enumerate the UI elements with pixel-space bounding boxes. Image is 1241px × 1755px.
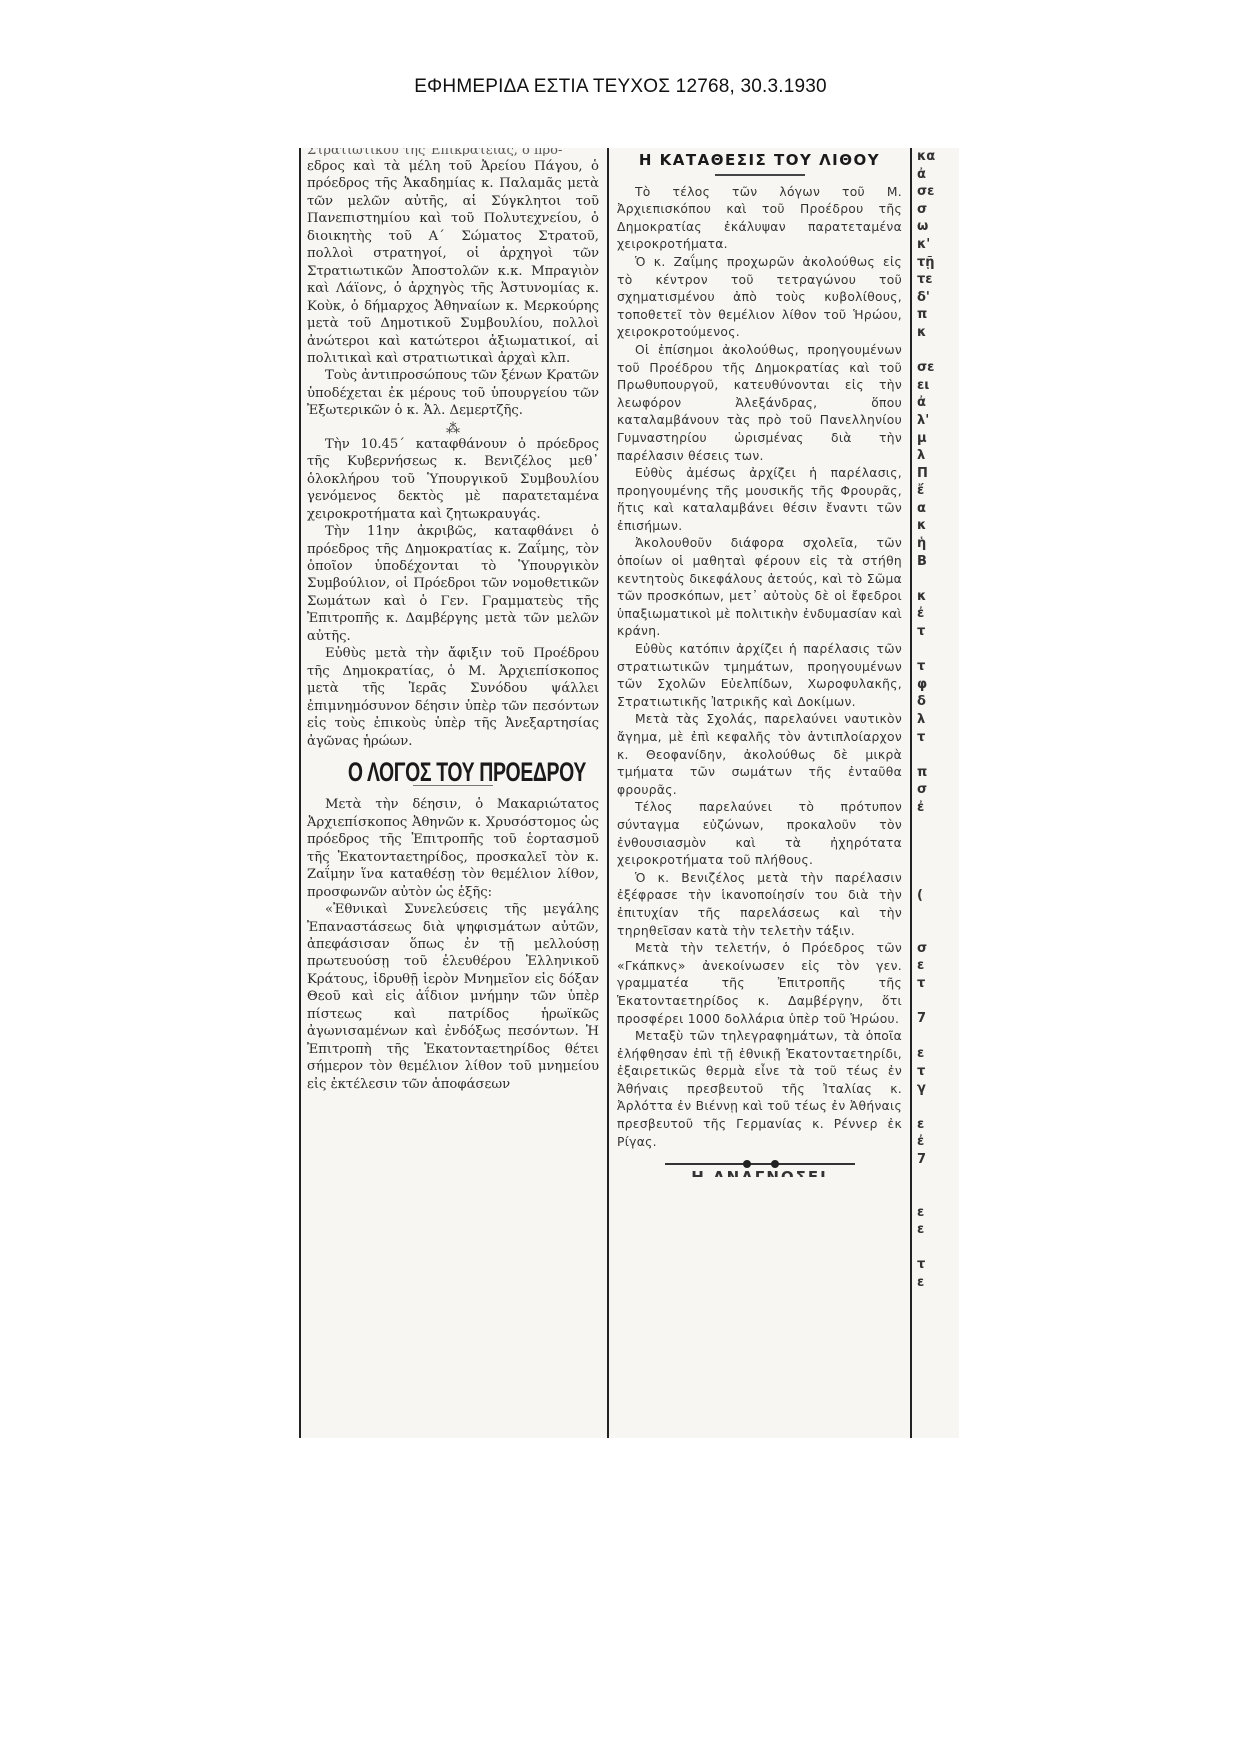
line-fragment	[917, 1239, 959, 1257]
line-fragment: ει	[917, 377, 959, 395]
line-fragment	[917, 1327, 959, 1345]
line-fragment: ἡ	[917, 535, 959, 553]
line-fragment: π	[917, 306, 959, 324]
line-fragment	[917, 1168, 959, 1186]
line-fragment: κ	[917, 517, 959, 535]
paragraph: Ὁ κ. Βενιζέλος μετὰ τὴν παρέλασιν ἐξέφρα…	[617, 870, 902, 940]
line-fragment: Β	[917, 553, 959, 571]
line-fragment: τ	[917, 729, 959, 747]
left-column: Στρατιωτικοῦ τῆς Ἐπικρατείας, ὁ πρό- εδρ…	[307, 148, 599, 1093]
heading-underline	[715, 174, 805, 176]
paragraph: Μετὰ τὰς Σχολάς, παρελαύνει ναυτικὸν ἄγη…	[617, 711, 902, 799]
line-fragment	[917, 1415, 959, 1433]
line-fragment	[917, 1397, 959, 1415]
line-fragment: ἀ	[917, 166, 959, 184]
paragraph: Μετὰ τὴν τελετήν, ὁ Πρόεδρος τῶν «Γκάπκν…	[617, 940, 902, 1028]
line-fragment: π	[917, 764, 959, 782]
column-divider-right	[910, 148, 912, 1438]
line-fragment: ἐ	[917, 605, 959, 623]
line-fragment: ἀ	[917, 394, 959, 412]
paragraph: Ὁ κ. Ζαΐμης προχωρῶν ἀκολούθως εἰς τὸ κέ…	[617, 254, 902, 342]
line-fragment: μ	[917, 430, 959, 448]
paragraph: Τέλος παρελαύνει τὸ πρότυπον σύνταγμα εὐ…	[617, 799, 902, 869]
line-fragment: γ	[917, 1080, 959, 1098]
line-fragment: (	[917, 887, 959, 905]
line-fragment: σε	[917, 359, 959, 377]
paragraph: Εὐθὺς ἀμέσως ἀρχίζει ἡ παρέλασις, προηγο…	[617, 465, 902, 535]
section-heading-stone-laying: Η ΚΑΤΑΘΕΣΙΣ ΤΟΥ ΛΙΘΟΥ	[617, 152, 902, 170]
line-fragment: τ	[917, 1256, 959, 1274]
line-fragment	[917, 1098, 959, 1116]
line-fragment: ε	[917, 1221, 959, 1239]
left-border-rule	[299, 148, 301, 1438]
line-fragment	[917, 1362, 959, 1380]
line-fragment: κ'	[917, 236, 959, 254]
paragraph: Εὐθὺς μετὰ τὴν ἄφιξιν τοῦ Προέδρου τῆς Δ…	[307, 645, 599, 750]
line-fragment: τ	[917, 623, 959, 641]
paragraph: «Ἐθνικαὶ Συνελεύσεις τῆς μεγάλης Ἐπαναστ…	[307, 901, 599, 1093]
line-fragment: κα	[917, 148, 959, 166]
line-fragment: κ	[917, 324, 959, 342]
line-fragment: 7	[917, 1010, 959, 1028]
line-fragment: φ	[917, 676, 959, 694]
line-fragment: 7	[917, 1151, 959, 1169]
line-fragment: ε	[917, 957, 959, 975]
middle-paragraphs: Τὸ τέλος τῶν λόγων τοῦ Μ. Ἀρχιεπισκόπου …	[617, 184, 902, 1152]
line-fragment: δ'	[917, 289, 959, 307]
paragraph: Τὸ τέλος τῶν λόγων τοῦ Μ. Ἀρχιεπισκόπου …	[617, 184, 902, 254]
newspaper-clipping: Στρατιωτικοῦ τῆς Ἐπικρατείας, ὁ πρό- εδρ…	[299, 148, 959, 1438]
line-fragment: λ'	[917, 412, 959, 430]
paragraph: Μετὰ τὴν δέησιν, ὁ Μακαριώτατος Ἀρχιεπίσ…	[307, 796, 599, 901]
line-fragment: λ	[917, 711, 959, 729]
line-fragment: Π	[917, 465, 959, 483]
line-fragment	[917, 1432, 959, 1438]
line-fragment	[917, 1380, 959, 1398]
cut-top-line: Στρατιωτικοῦ τῆς Ἐπικρατείας, ὁ πρό-	[307, 148, 599, 156]
page-caption: ΕΦΗΜΕΡΙΔΑ ΕΣΤΙΑ ΤΕΥΧΟΣ 12768, 30.3.1930	[0, 76, 1241, 98]
paragraph: Τὴν 10.45΄ καταφθάνουν ὁ πρόεδρος τῆς Κυ…	[307, 436, 599, 523]
paragraph: εδρος καὶ τὰ μέλη τοῦ Ἀρείου Πάγου, ὁ πρ…	[307, 158, 599, 367]
right-column-fragment: καἀσεσωκ'τῇτεδ'πκσεειἀλ'μλΠἔακἡΒκἐττφδλτ…	[917, 148, 959, 1438]
line-fragment: σε	[917, 183, 959, 201]
line-fragment: τ	[917, 1063, 959, 1081]
middle-column: Η ΚΑΤΑΘΕΣΙΣ ΤΟΥ ΛΙΘΟΥ Τὸ τέλος τῶν λόγων…	[617, 148, 902, 1177]
line-fragment	[917, 570, 959, 588]
line-fragment	[917, 1186, 959, 1204]
line-fragment	[917, 1292, 959, 1310]
line-fragment	[917, 869, 959, 887]
line-fragment	[917, 641, 959, 659]
line-fragment	[917, 922, 959, 940]
line-fragment	[917, 852, 959, 870]
line-fragment	[917, 905, 959, 923]
paragraph: Τοὺς ἀντιπροσώπους τῶν ξένων Κρατῶν ὑποδ…	[307, 367, 599, 419]
line-fragment: λ	[917, 447, 959, 465]
paragraph: Τὴν 11ην ἀκριβῶς, καταφθάνει ὁ πρόεδρος …	[307, 523, 599, 645]
paragraph: Ἀκολουθοῦν διάφορα σχολεῖα, τῶν ὁποίων ο…	[617, 535, 902, 641]
line-fragment	[917, 993, 959, 1011]
line-fragment: τῇ	[917, 254, 959, 272]
line-fragment: σ	[917, 781, 959, 799]
line-fragment: ἔ	[917, 482, 959, 500]
line-fragment: ἐ	[917, 1133, 959, 1151]
line-fragment: τ	[917, 975, 959, 993]
line-fragment: ε	[917, 1274, 959, 1292]
cut-bottom-heading: Η ΑΝΑΓΝΩΣΕΙ	[617, 1167, 902, 1177]
line-fragment	[917, 1028, 959, 1046]
line-fragment: ἐ	[917, 799, 959, 817]
end-ornament-rule	[665, 1163, 855, 1165]
line-fragment: α	[917, 500, 959, 518]
line-fragment	[917, 746, 959, 764]
line-fragment: τ	[917, 658, 959, 676]
paragraph: Μεταξὺ τῶν τηλεγραφημάτων, τὰ ὁποῖα ἐλήφ…	[617, 1028, 902, 1151]
line-fragment	[917, 834, 959, 852]
line-fragment	[917, 1344, 959, 1362]
line-fragment: ε	[917, 1045, 959, 1063]
line-fragment	[917, 342, 959, 360]
line-fragment: ω	[917, 218, 959, 236]
line-fragment: σ	[917, 940, 959, 958]
line-fragment: σ	[917, 201, 959, 219]
line-fragment: ε	[917, 1204, 959, 1222]
line-fragment: δ	[917, 693, 959, 711]
line-fragment	[917, 1309, 959, 1327]
paragraph: Οἱ ἐπίσημοι ἀκολούθως, προηγουμένων τοῦ …	[617, 342, 902, 465]
line-fragment: ε	[917, 1116, 959, 1134]
column-divider-left	[607, 148, 609, 1438]
line-fragment: κ	[917, 588, 959, 606]
line-fragment	[917, 817, 959, 835]
section-heading-speech: Ο ΛΟΓΟΣ ΤΟΥ ΠΡΟΕΔΡΟΥ	[348, 764, 558, 781]
asterism-ornament: ⁂	[307, 422, 599, 436]
paragraph: Εὐθὺς κατόπιν ἀρχίζει ἡ παρέλασις τῶν στ…	[617, 641, 902, 711]
line-fragment: τε	[917, 271, 959, 289]
